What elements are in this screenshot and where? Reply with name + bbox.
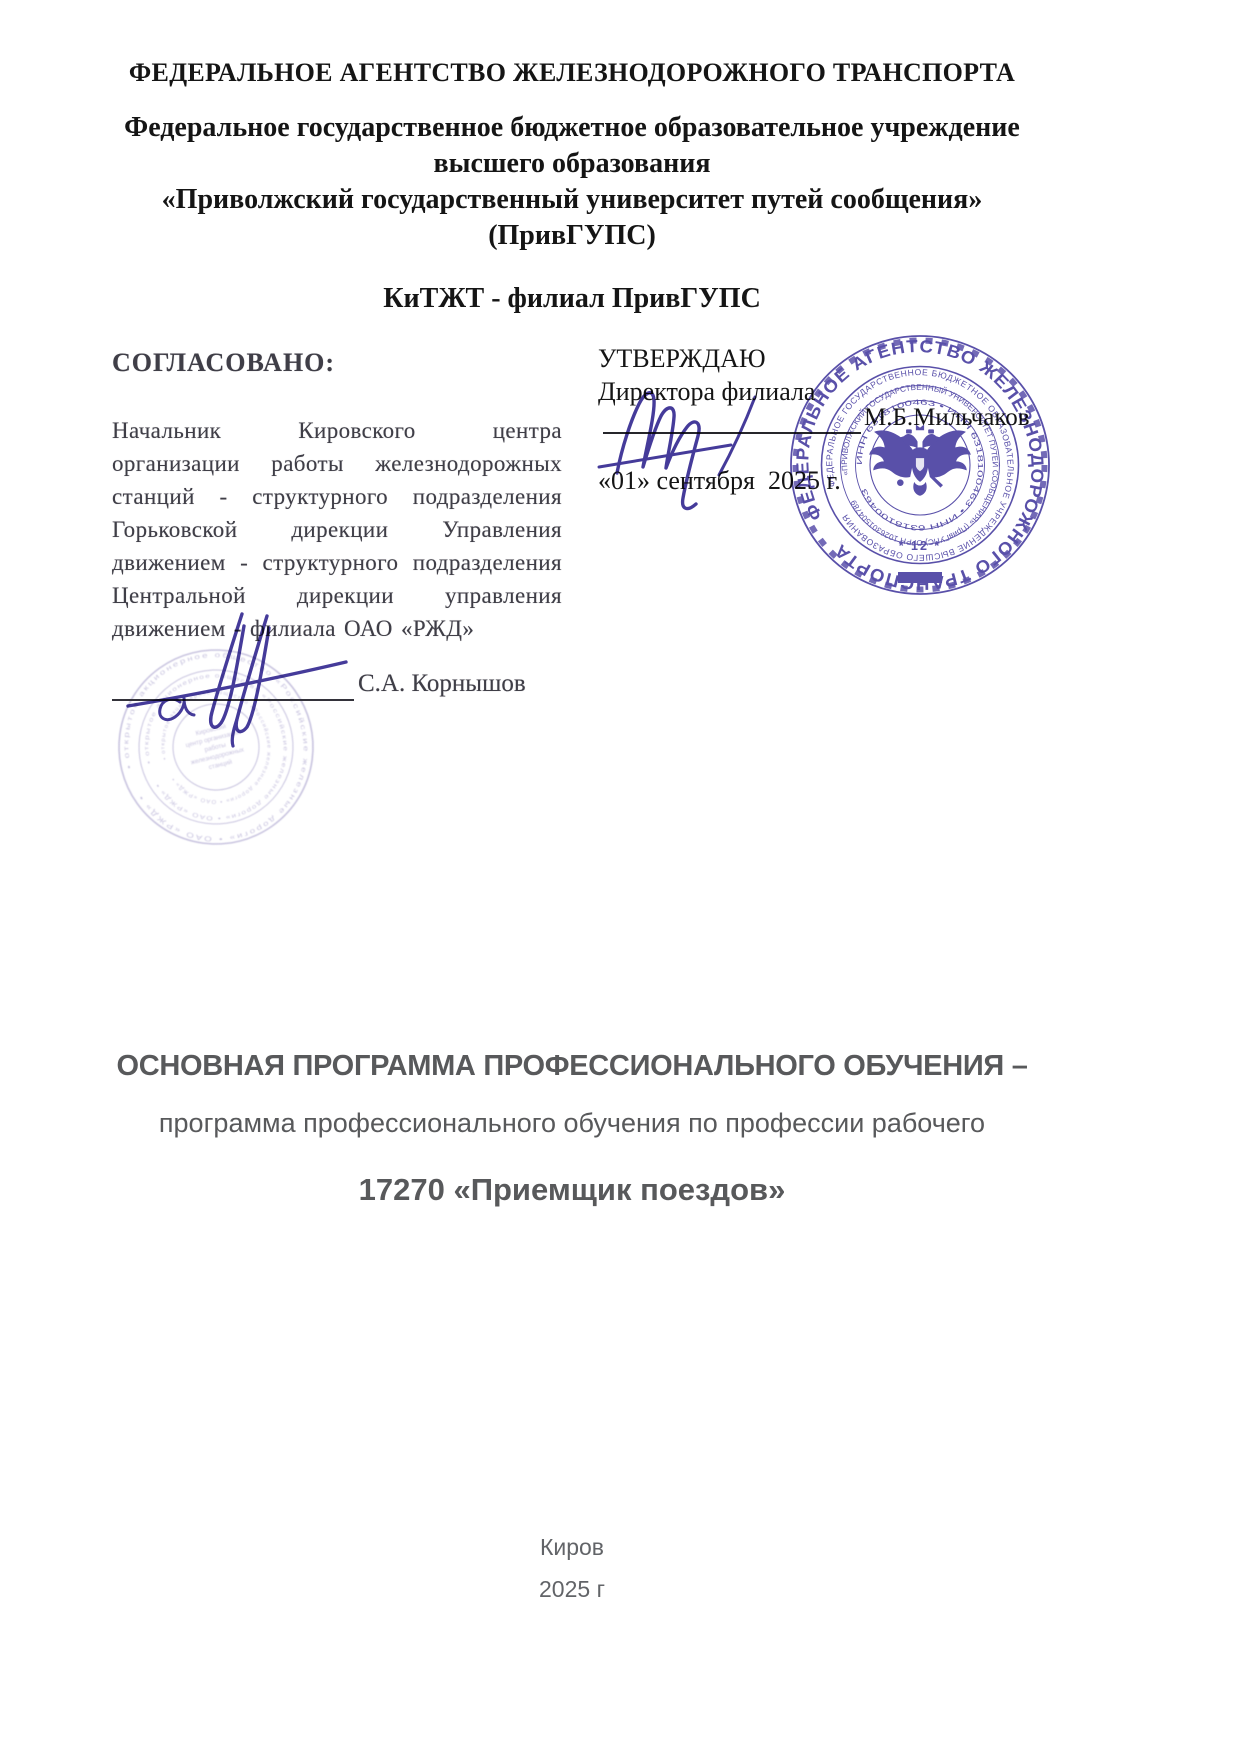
- agreement-body-line: Горьковской дирекции Управления: [112, 513, 562, 546]
- program-title-line2: программа профессионального обучения по …: [0, 1108, 1144, 1139]
- stamp-number: * 12 *: [899, 539, 942, 553]
- agreement-label: СОГЛАСОВАНО:: [112, 348, 335, 378]
- document-page: ФЕДЕРАЛЬНОЕ АГЕНТСТВО ЖЕЛЕЗНОДОРОЖНОГО Т…: [0, 0, 1241, 1754]
- agreement-body-line: станций - структурного подразделения: [112, 480, 562, 513]
- agreement-body-line: Начальник Кировского центра: [112, 414, 562, 447]
- program-title-line3: 17270 «Приемщик поездов»: [0, 1172, 1144, 1208]
- header-branch: КиТЖТ - филиал ПривГУПС: [0, 283, 1144, 315]
- header-university-abbr: (ПривГУПС): [0, 220, 1144, 252]
- agreement-body-line: организации работы железнодорожных: [112, 447, 562, 480]
- header-university: «Приволжский государственный университет…: [0, 184, 1144, 216]
- university-round-stamp: ФЕДЕРАЛЬНОЕ АГЕНТСТВО ЖЕЛЕЗНОДОРОЖНОГО Т…: [789, 334, 1051, 596]
- double-headed-eagle-icon: [869, 424, 971, 495]
- footer-city: Киров: [0, 1534, 1144, 1561]
- header-institution-line2: высшего образования: [0, 148, 1144, 180]
- header-institution-line1: Федеральное государственное бюджетное об…: [0, 112, 1144, 144]
- agreement-body-line: движением - структурного подразделения: [112, 546, 562, 579]
- agreement-signer-name: С.А. Корнышов: [358, 670, 526, 698]
- kornyshov-signature-icon: [118, 598, 368, 748]
- milchakov-signature-icon: [555, 345, 785, 520]
- header-agency: ФЕДЕРАЛЬНОЕ АГЕНТСТВО ЖЕЛЕЗНОДОРОЖНОГО Т…: [0, 58, 1144, 88]
- footer-year: 2025 г: [0, 1576, 1144, 1603]
- program-title-line1: ОСНОВНАЯ ПРОГРАММА ПРОФЕССИОНАЛЬНОГО ОБУ…: [0, 1050, 1144, 1083]
